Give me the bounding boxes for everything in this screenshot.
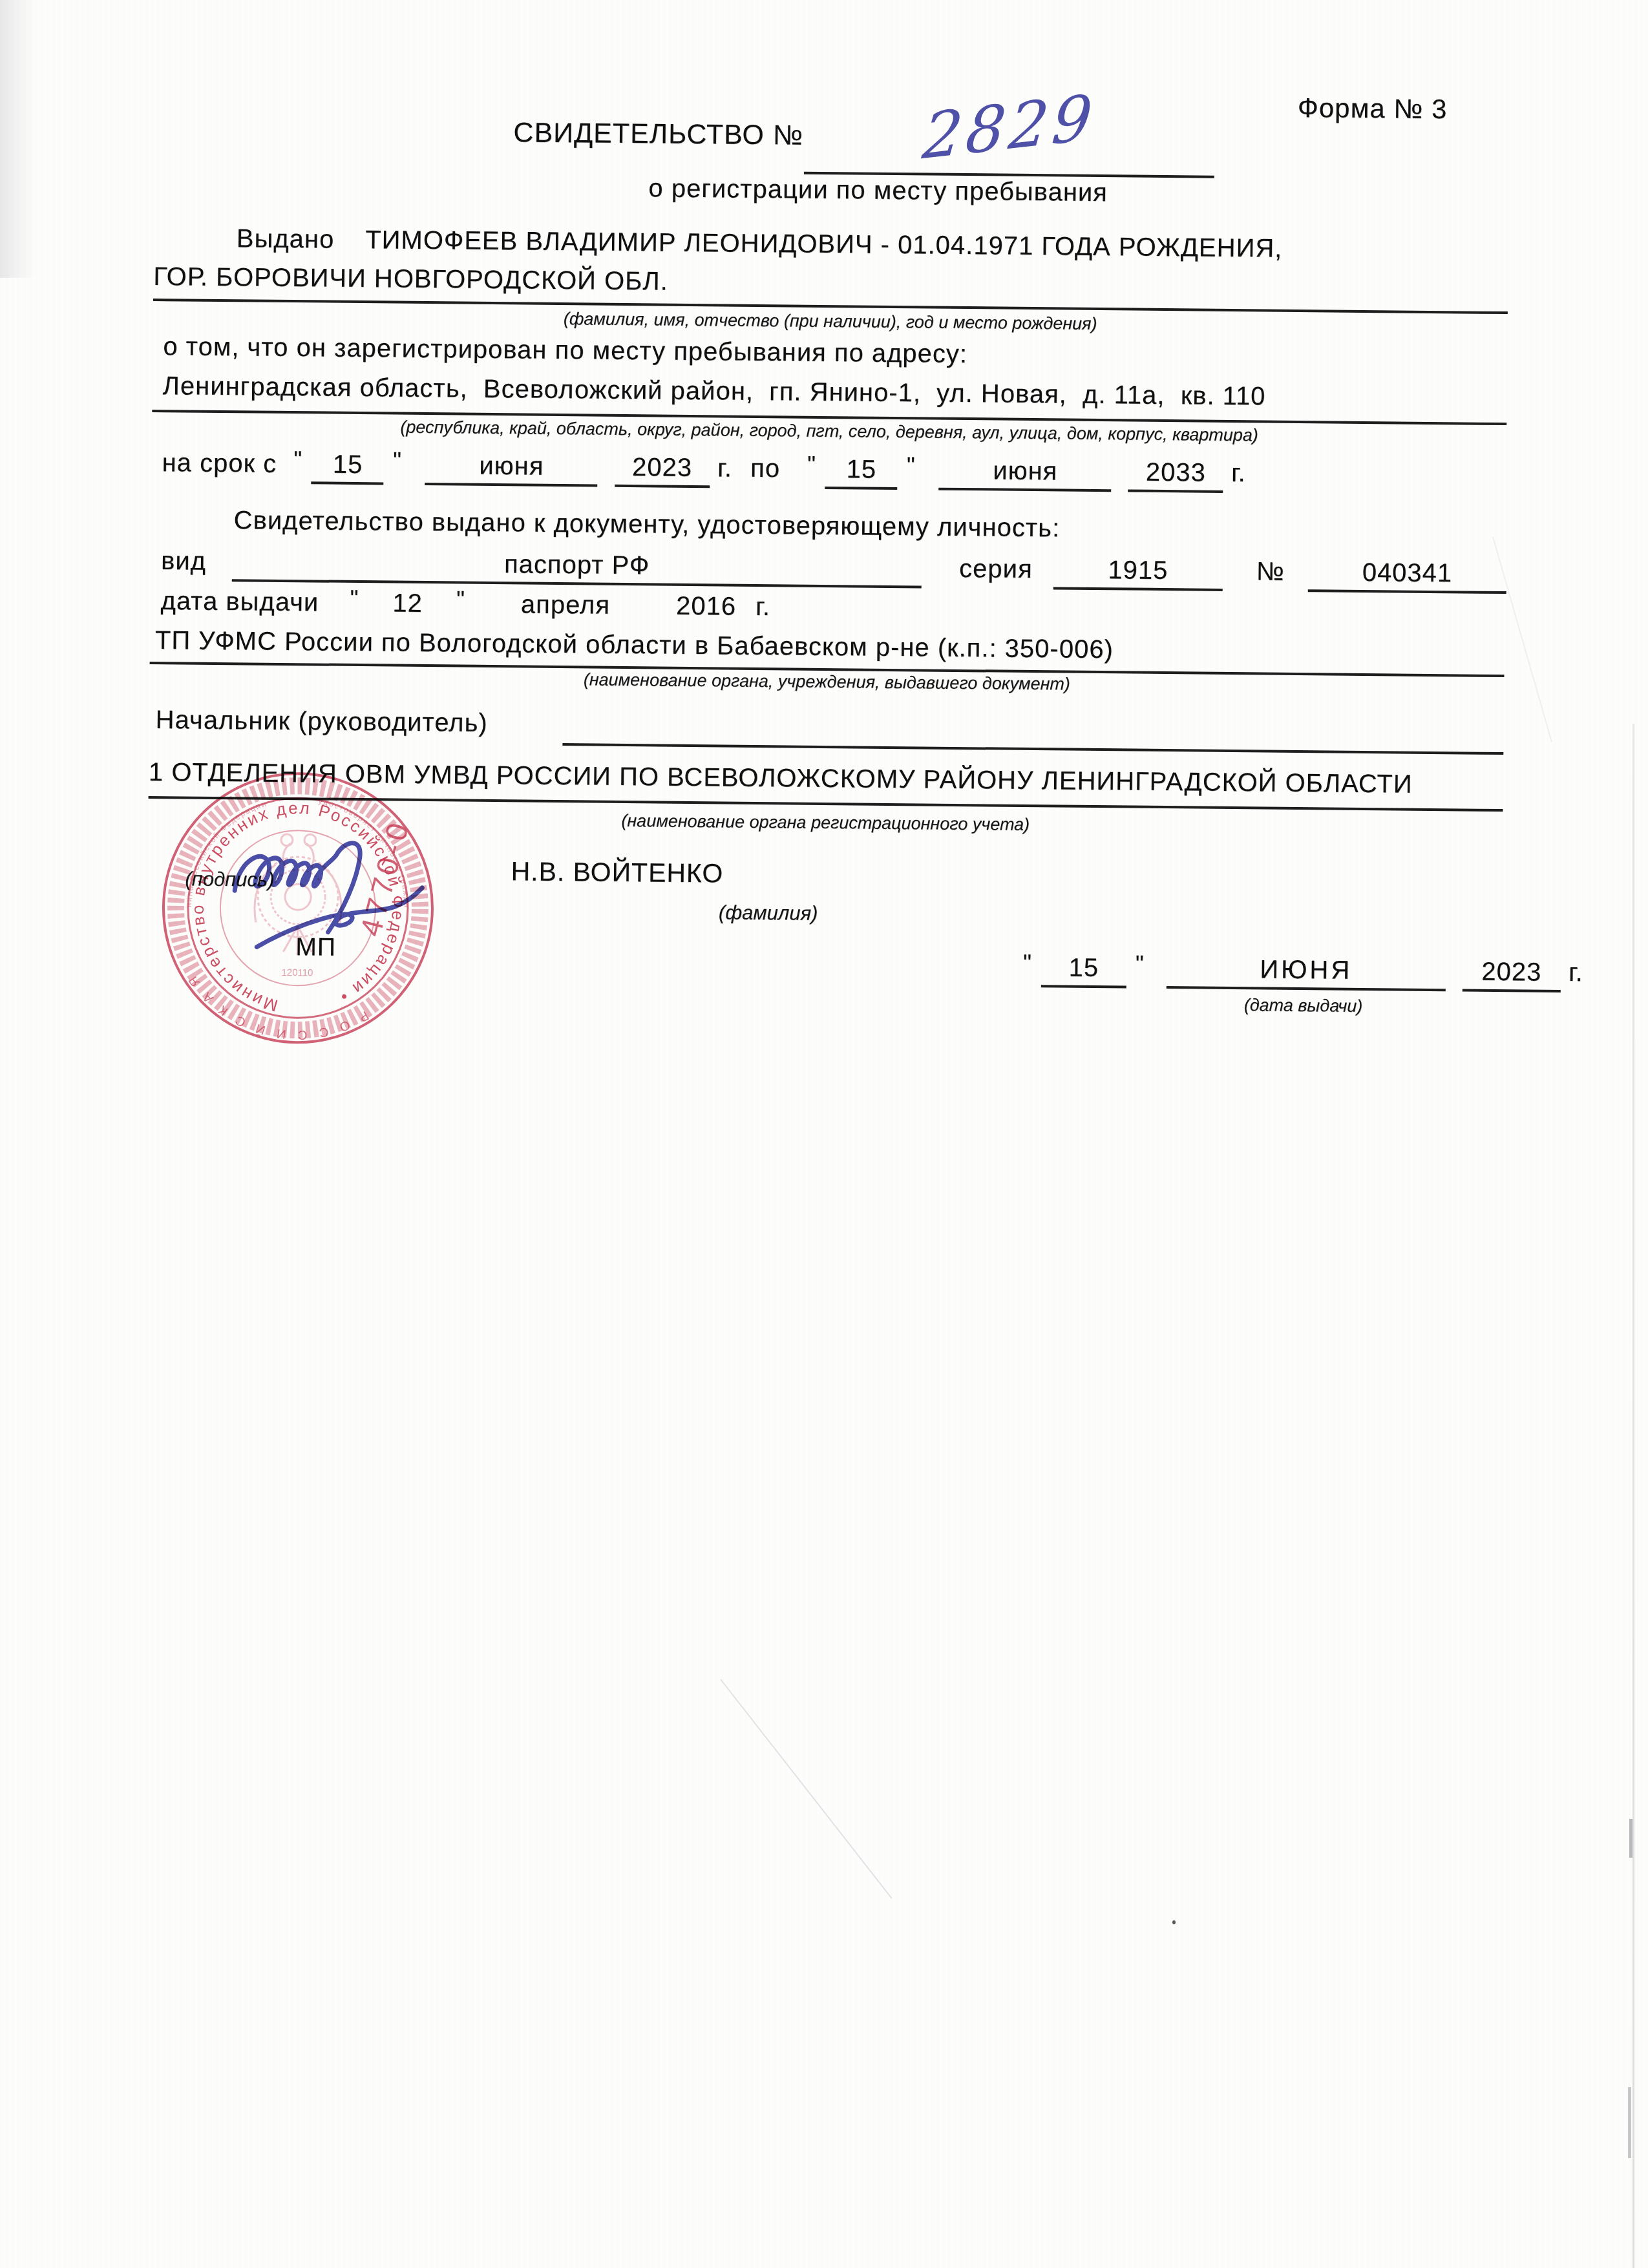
- period-from-month: июня: [425, 451, 598, 487]
- open-quote: ": [1023, 949, 1032, 976]
- certificate-subtitle: о регистрации по месту пребывания: [580, 173, 1175, 208]
- close-quote: ": [393, 447, 402, 474]
- certificate-number-handwritten: 2829: [920, 81, 1099, 174]
- close-quote: ": [1136, 950, 1145, 978]
- doc-series-value: 1915: [1053, 555, 1223, 591]
- registration-statement: о том, что он зарегистрирован по месту п…: [163, 332, 967, 369]
- doc-number-value: 040341: [1308, 558, 1506, 594]
- doc-number-label: №: [1256, 557, 1285, 585]
- period-from-year: 2023: [615, 453, 710, 488]
- period-from-day: 15: [312, 450, 385, 485]
- close-quote: ": [907, 452, 916, 479]
- official-name-hint: (фамилия): [719, 901, 818, 925]
- official-position: Начальник (руководитель): [156, 706, 488, 738]
- official-signature-line: [562, 711, 1503, 755]
- period-to-month: июня: [939, 456, 1112, 492]
- doc-issue-day: 12: [392, 589, 423, 618]
- scan-speck: [1172, 1920, 1176, 1924]
- doc-kind-value: паспорт РФ: [232, 547, 922, 588]
- address-value: Ленинградская область, Всеволожский райо…: [152, 366, 1507, 423]
- issue-date-year: 2023: [1463, 957, 1561, 992]
- issue-date-row: "15" ИЮНЯ 2023 г.: [1014, 953, 1583, 992]
- period-label: на срок с: [162, 448, 277, 478]
- year-suffix: г.: [1569, 958, 1583, 987]
- scan-edge-mark: [1629, 1819, 1632, 1858]
- open-quote: ": [807, 451, 816, 478]
- doc-issuer-value: ТП УФМС России по Вологодской области в …: [150, 622, 1505, 675]
- paper-crease: [720, 1679, 892, 1898]
- period-row: на срок с "15" июня 2023 г. по "15" июня…: [162, 448, 1246, 493]
- scan-edge-line: [1632, 724, 1634, 2268]
- identity-doc-row: вид паспорт РФ серия 1915 № 040341: [161, 547, 1550, 594]
- year-suffix: г.: [717, 454, 732, 482]
- certificate-number-field: 2829: [804, 89, 1215, 178]
- form-number-label: Форма № 3: [1298, 92, 1448, 125]
- issue-date-hint: (дата выдачи): [1148, 994, 1458, 1018]
- certificate-title: СВИДЕТЕЛЬСТВО №: [513, 117, 803, 151]
- signature: [198, 810, 523, 981]
- scan-corner-shade: [0, 0, 36, 278]
- open-quote: ": [350, 585, 359, 612]
- period-to-day: 15: [825, 455, 898, 490]
- person-name-and-birth: ТИМОФЕЕВ ВЛАДИМИР ЛЕОНИДОВИЧ - 01.04.197…: [365, 226, 1282, 263]
- scan-edge-mark: [1628, 2087, 1631, 2158]
- person-field: ВыданоТИМОФЕЕВ ВЛАДИМИР ЛЕОНИДОВИЧ - 01.…: [153, 218, 1508, 314]
- doc-issue-year: 2016: [676, 592, 736, 621]
- issue-date-day: 15: [1041, 953, 1127, 988]
- issue-date-month: ИЮНЯ: [1167, 954, 1446, 991]
- period-by-label: по: [750, 454, 780, 483]
- identity-doc-intro: Свидетельство выдано к документу, удосто…: [233, 506, 1060, 543]
- doc-issue-date-row: дата выдачи " 12 " апреля 2016 г.: [160, 587, 770, 622]
- doc-issue-month: апреля: [521, 590, 610, 619]
- stamp-band-text: Р О С С И Й С К А Я: [184, 970, 372, 1042]
- doc-series-label: серия: [959, 554, 1033, 583]
- doc-kind-label: вид: [161, 547, 206, 576]
- open-quote: ": [293, 446, 302, 473]
- official-name: Н.В. ВОЙТЕНКО: [511, 856, 723, 888]
- certificate-document: Форма № 3 СВИДЕТЕЛЬСТВО № 2829 о регистр…: [0, 0, 1648, 1113]
- doc-issue-date-label: дата выдачи: [160, 587, 319, 616]
- year-suffix: г.: [1231, 459, 1246, 487]
- year-suffix: г.: [755, 593, 770, 621]
- period-to-year: 2033: [1128, 457, 1224, 492]
- close-quote: ": [456, 586, 465, 613]
- issued-label: Выдано: [237, 219, 335, 258]
